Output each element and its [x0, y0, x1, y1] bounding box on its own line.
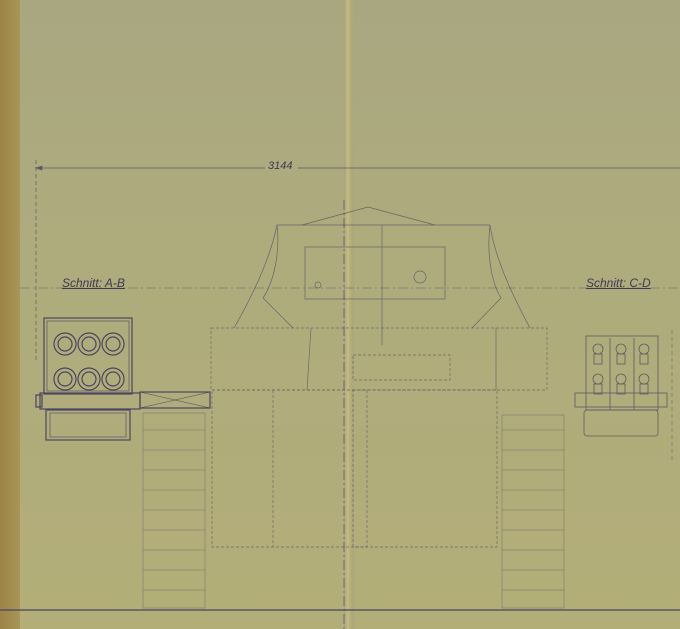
right-track	[502, 415, 564, 608]
technical-drawing-sheet: 3144 Schnitt: A-B Schnitt: C-D	[0, 0, 680, 629]
turret-outline	[234, 207, 530, 345]
section-ab-drawing	[36, 318, 210, 440]
drawing-lines	[0, 0, 680, 629]
hull-outline	[211, 328, 547, 547]
left-track	[143, 413, 205, 608]
dimension-line	[36, 160, 680, 360]
section-cd-drawing	[575, 330, 672, 460]
